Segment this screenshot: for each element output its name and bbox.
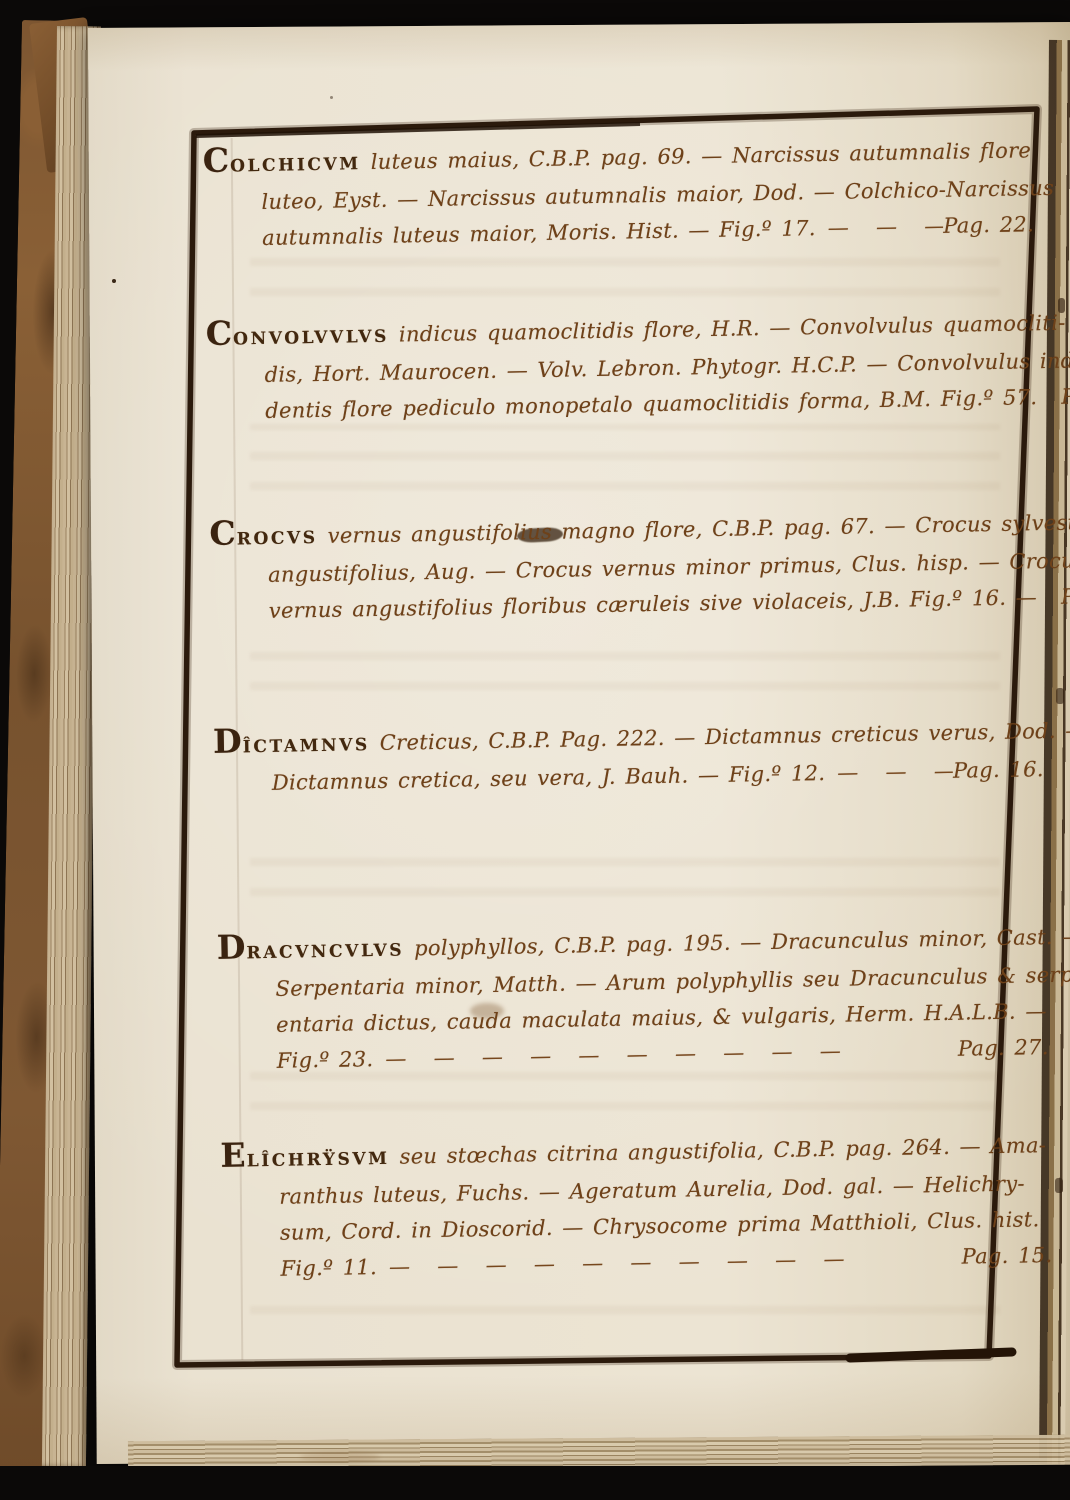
entry-headword: RACVNCVLVS — [246, 941, 404, 964]
page-reference: Pag. 20. — [1061, 577, 1070, 615]
page-reference: Pag. 27. — [958, 1029, 1049, 1067]
entry-text: indicus quamoclitidis flore, H.R. — Conv… — [399, 311, 1066, 347]
entry-text: vernus angustifolius magno flore, C.B.P.… — [327, 510, 1070, 548]
ink-speck — [330, 96, 333, 99]
entry-text: seu stœchas citrina angustifolia, C.B.P.… — [399, 1133, 1046, 1169]
entry-text: luteus maius, C.B.P. pag. 69. — Narcissu… — [371, 138, 1032, 174]
entry-headword: LÎCHRŸSVM — [247, 1149, 390, 1172]
entry-text: Fig.º 11. — [280, 1249, 377, 1287]
entry-text: Creticus, C.B.P. Pag. 222. — Dictamnus c… — [380, 718, 1070, 755]
page-reference: Pag. 22. — [943, 206, 1034, 244]
entry-headword-initial: D — [216, 927, 246, 967]
page-reference: Pag. 61. — [1061, 377, 1070, 415]
entry-colchicum: COLCHICVMluteus maius, C.B.P. pag. 69. —… — [202, 128, 1034, 257]
entry-headword: OLCHICVM — [230, 154, 361, 176]
entry-headword: ONVOLVVLVS — [233, 327, 389, 350]
entry-headword-initial: C — [209, 513, 237, 552]
ink-speck — [112, 279, 116, 283]
entry-dracunculus: DRACVNCVLVSpolyphyllos, C.B.P. pag. 195.… — [216, 915, 1049, 1080]
entry-elichrysum: ELÎCHRŸSVMseu stœchas citrina angustifol… — [220, 1123, 1053, 1288]
page-reference: Pag. 16. — [953, 751, 1044, 789]
entry-text: Fig.º 23. — [276, 1041, 373, 1079]
entry-headword-initial: C — [202, 141, 230, 180]
manuscript-photo: COLCHICVMluteus maius, C.B.P. pag. 69. —… — [0, 0, 1070, 1500]
entry-headword-initial: E — [220, 1135, 247, 1174]
entry-headword: ROCVS — [237, 528, 318, 549]
entry-dictamnus: DÎCTAMNVSCreticus, C.B.P. Pag. 222. — Di… — [213, 709, 1044, 802]
entry-convolvulus: CONVOLVVLVSindicus quamoclitidis flore, … — [206, 301, 1038, 430]
entry-headword: ÎCTAMNVS — [243, 735, 370, 757]
filler-dashes: — — — — — — — [825, 753, 953, 791]
entry-headword-initial: D — [213, 721, 243, 761]
index-entries: COLCHICVMluteus maius, C.B.P. pag. 69. —… — [202, 103, 1054, 1388]
entry-text: polyphyllos, C.B.P. pag. 195. — Dracuncu… — [414, 924, 1070, 960]
filler-dashes: — — — — — — — [815, 208, 943, 246]
stain — [300, 1452, 380, 1462]
page-reference: Pag. 15. — [961, 1237, 1052, 1275]
entry-crocus: CROCVSvernus angustifolius magno flore, … — [209, 501, 1041, 630]
background — [0, 1466, 1070, 1500]
entry-headword-initial: C — [205, 313, 233, 352]
